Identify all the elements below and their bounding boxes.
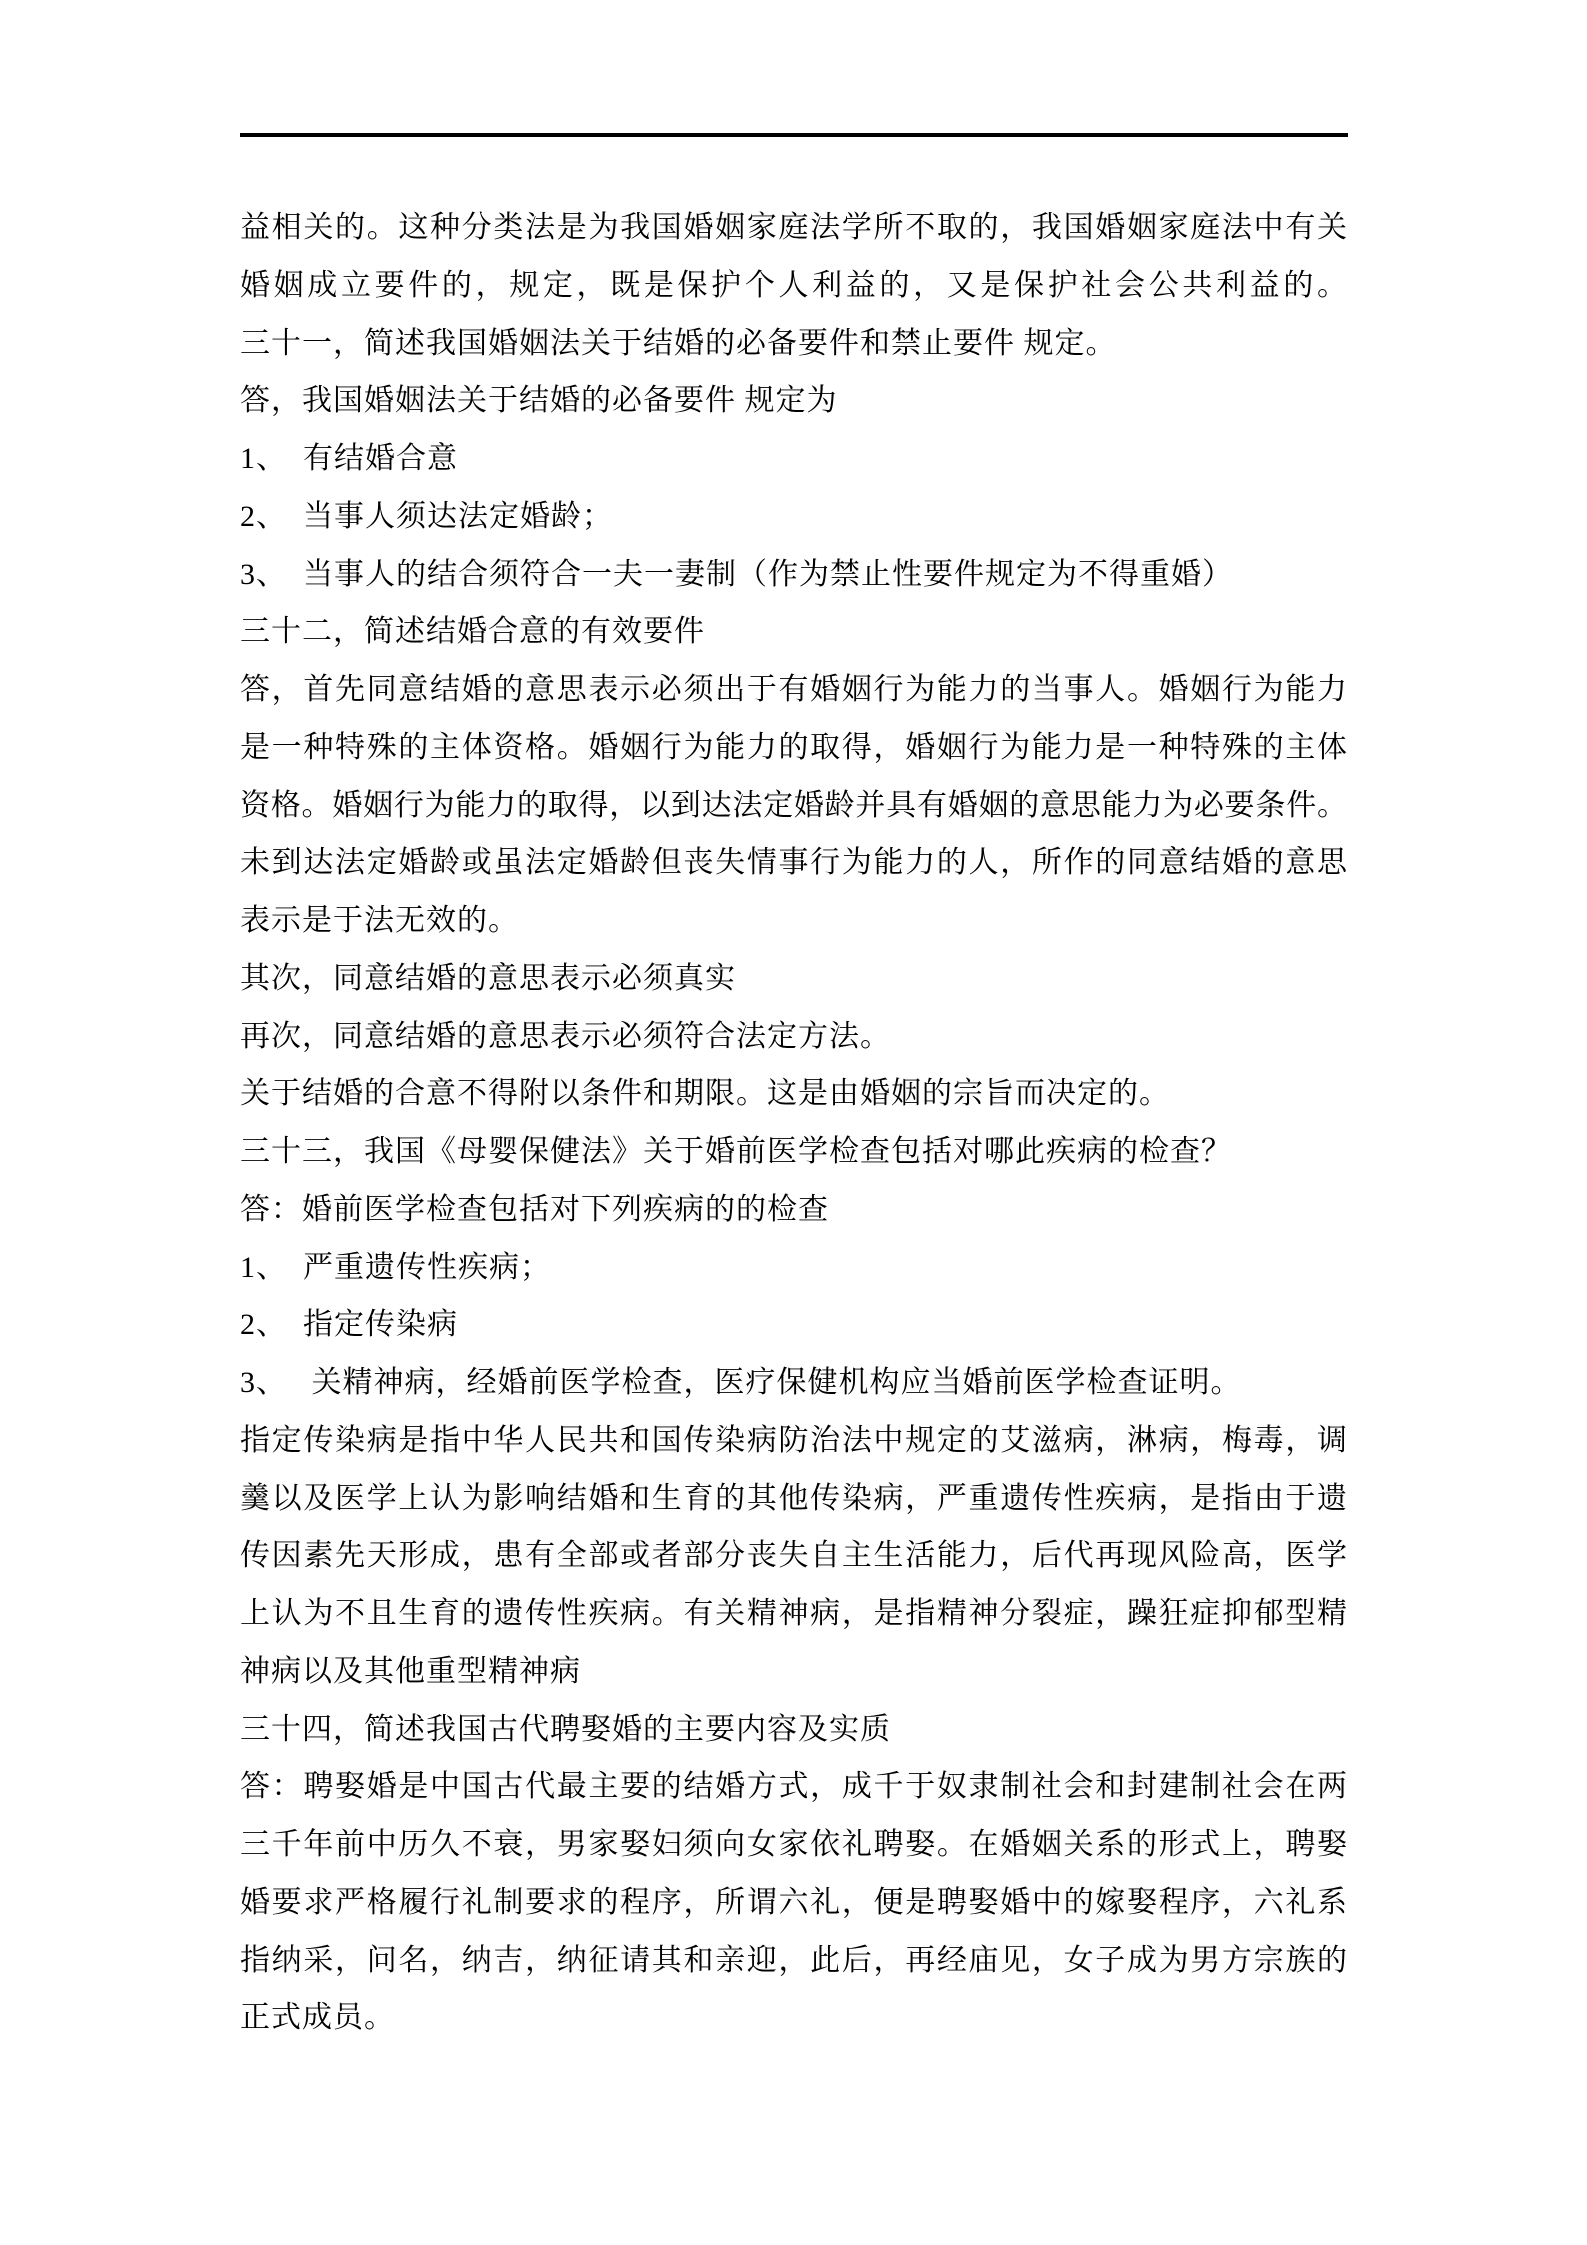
text-line: 婚姻成立要件的，规定，既是保护个人利益的，又是保护社会公共利益的。	[240, 257, 1347, 315]
text-line: 三十二，简述结婚合意的有效要件	[240, 603, 1347, 661]
text-line: 答：聘娶婚是中国古代最主要的结婚方式，成千于奴隶制社会和封建制社会在两	[240, 1758, 1347, 1816]
text-line: 关于结婚的合意不得附以条件和期限。这是由婚姻的宗旨而决定的。	[240, 1065, 1347, 1123]
list-item-line: 1、 严重遗传性疾病；	[240, 1239, 1347, 1297]
text-line: 表示是于法无效的。	[240, 892, 1347, 950]
text-line: 三十四，简述我国古代聘娶婚的主要内容及实质	[240, 1701, 1347, 1759]
header-divider-rule	[240, 133, 1348, 137]
text-line: 再次，同意结婚的意思表示必须符合法定方法。	[240, 1008, 1347, 1066]
text-line: 指纳采，问名，纳吉，纳征请其和亲迎，此后，再经庙见，女子成为男方宗族的	[240, 1932, 1347, 1990]
text-line: 三千年前中历久不衰，男家娶妇须向女家依礼聘娶。在婚姻关系的形式上，聘娶	[240, 1816, 1347, 1874]
text-line: 羹以及医学上认为影响结婚和生育的其他传染病，严重遗传性疾病，是指由于遗	[240, 1470, 1347, 1528]
list-item-line: 3、 关精神病，经婚前医学检查，医疗保健机构应当婚前医学检查证明。	[240, 1354, 1347, 1412]
text-line: 指定传染病是指中华人民共和国传染病防治法中规定的艾滋病，淋病，梅毒，调	[240, 1412, 1347, 1470]
list-item-line: 2、 指定传染病	[240, 1296, 1347, 1354]
text-line: 婚要求严格履行礼制要求的程序，所谓六礼，便是聘娶婚中的嫁娶程序，六礼系	[240, 1874, 1347, 1932]
list-item-line: 1、 有结婚合意	[240, 430, 1347, 488]
text-line: 答，首先同意结婚的意思表示必须出于有婚姻行为能力的当事人。婚姻行为能力	[240, 661, 1347, 719]
document-text-block: 益相关的。这种分类法是为我国婚姻家庭法学所不取的，我国婚姻家庭法中有关 婚姻成立…	[240, 199, 1347, 2047]
text-line: 传因素先天形成，患有全部或者部分丧失自主生活能力，后代再现风险高，医学	[240, 1527, 1347, 1585]
text-line: 是一种特殊的主体资格。婚姻行为能力的取得，婚姻行为能力是一种特殊的主体	[240, 719, 1347, 777]
list-item-line: 3、 当事人的结合须符合一夫一妻制（作为禁止性要件规定为不得重婚）	[240, 546, 1347, 604]
text-line: 答：婚前医学检查包括对下列疾病的的检查	[240, 1181, 1347, 1239]
text-line: 三十三，我国《母婴保健法》关于婚前医学检查包括对哪此疾病的检查？	[240, 1123, 1347, 1181]
text-line: 上认为不且生育的遗传性疾病。有关精神病，是指精神分裂症，躁狂症抑郁型精	[240, 1585, 1347, 1643]
text-line: 三十一，简述我国婚姻法关于结婚的必备要件和禁止要件 规定。	[240, 315, 1347, 373]
text-line: 未到达法定婚龄或虽法定婚龄但丧失情事行为能力的人，所作的同意结婚的意思	[240, 834, 1347, 892]
text-line: 答，我国婚姻法关于结婚的必备要件 规定为	[240, 372, 1347, 430]
document-page: 益相关的。这种分类法是为我国婚姻家庭法学所不取的，我国婚姻家庭法中有关 婚姻成立…	[0, 0, 1587, 2245]
list-item-line: 2、 当事人须达法定婚龄；	[240, 488, 1347, 546]
text-line: 神病以及其他重型精神病	[240, 1643, 1347, 1701]
text-line: 资格。婚姻行为能力的取得，以到达法定婚龄并具有婚姻的意思能力为必要条件。	[240, 777, 1347, 835]
text-line: 益相关的。这种分类法是为我国婚姻家庭法学所不取的，我国婚姻家庭法中有关	[240, 199, 1347, 257]
text-line: 正式成员。	[240, 1989, 1347, 2047]
text-line: 其次，同意结婚的意思表示必须真实	[240, 950, 1347, 1008]
